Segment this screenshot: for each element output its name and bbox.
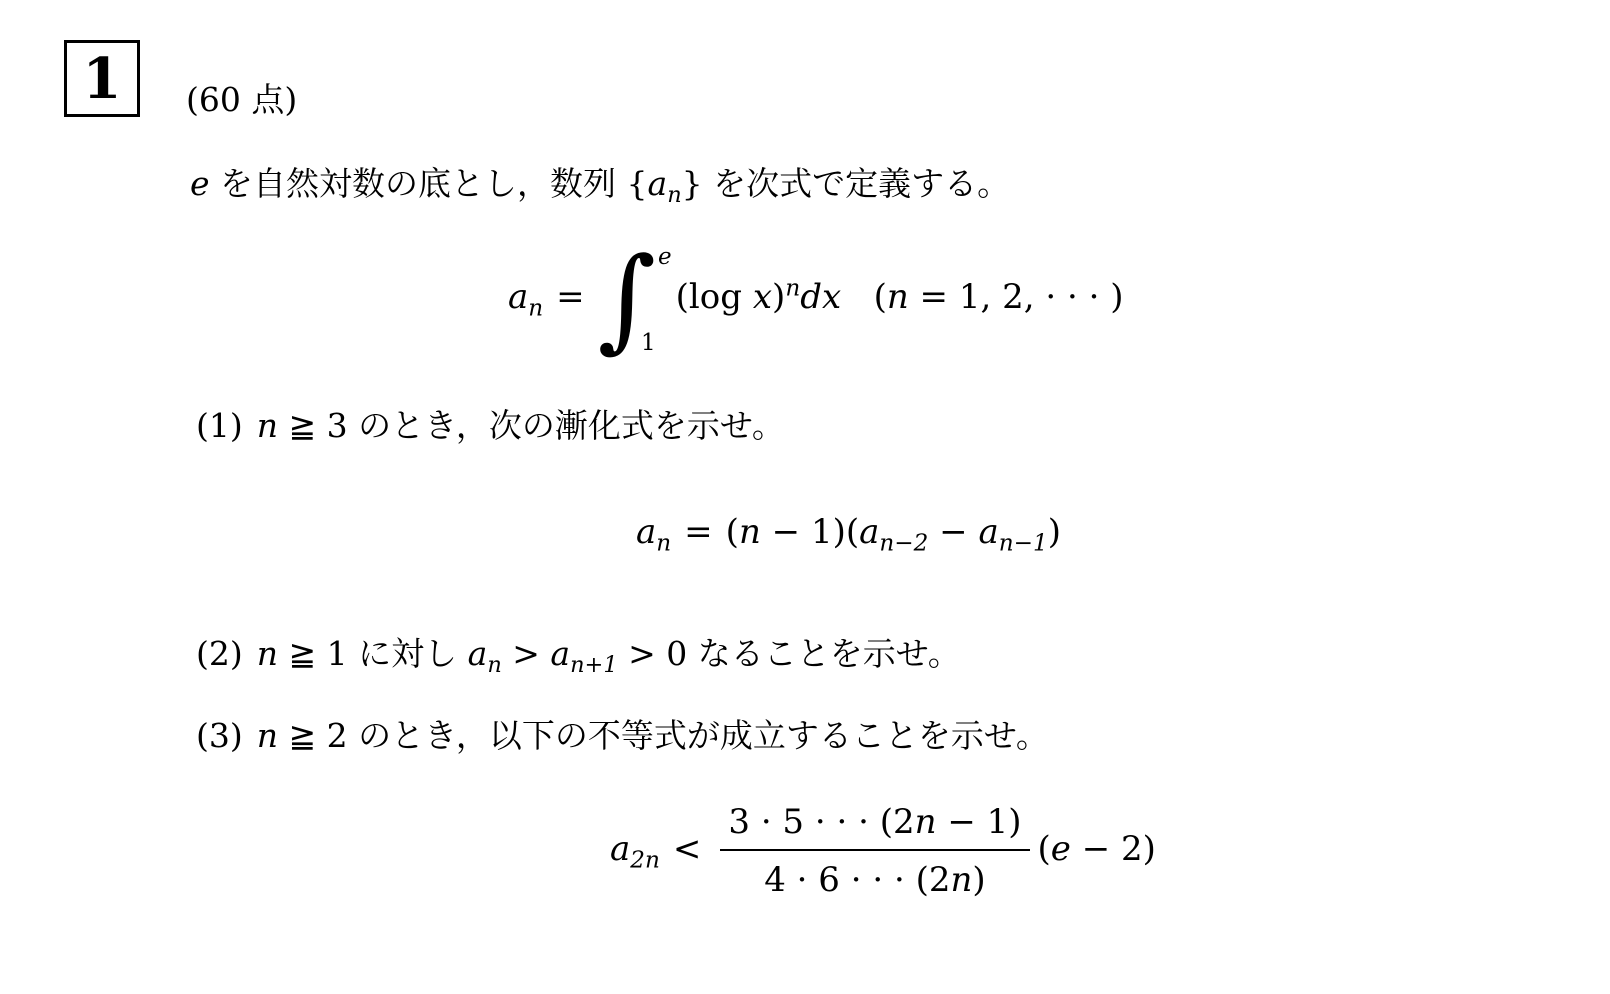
- rec-one-parens: 1)(: [811, 512, 859, 552]
- statement-text-mid: を自然対数の底とし，数列: [210, 164, 627, 203]
- integrand-var: x: [753, 277, 772, 317]
- inequality-formula: a2n<3 · 5 · · · (2n − 1)4 · 6 · · · (2n)…: [610, 802, 1156, 900]
- question-3-var: n: [257, 716, 278, 755]
- tail-open: (: [1038, 829, 1051, 869]
- question-1-text: のとき，次の漸化式を示せ。: [358, 406, 785, 445]
- ineq-lhs-var: a: [610, 829, 630, 869]
- ineq-lhs-subscript: 2n: [630, 847, 660, 873]
- rec-term2-subscript: n−1: [999, 530, 1048, 556]
- rec-lhs-var: a: [636, 512, 656, 552]
- rec-minus-1: −: [761, 512, 811, 552]
- numerator-head: 3 · 5 · · · (2: [728, 802, 914, 842]
- numerator-tail: − 1): [937, 802, 1022, 842]
- brace-open: {: [627, 164, 648, 203]
- question-2-gt2: > 0: [618, 634, 698, 673]
- question-2-gt1: >: [502, 634, 551, 673]
- question-2-label: (2): [196, 634, 243, 673]
- rec-minus-2: −: [928, 512, 978, 552]
- lhs-var: a: [508, 277, 528, 317]
- problem-number: 1: [83, 46, 122, 112]
- question-1-relation: ≧ 3: [278, 406, 358, 445]
- points-label: (60 点): [186, 74, 297, 121]
- question-2-relation: ≧ 1: [278, 634, 358, 673]
- question-3-text: のとき，以下の不等式が成立することを示せ。: [358, 716, 1049, 755]
- integral-lower-limit: 1: [641, 330, 656, 356]
- question-3: (3)n ≧ 2 のとき，以下の不等式が成立することを示せ。: [196, 710, 1049, 757]
- equals-sign: =: [556, 277, 585, 317]
- less-than-sign: <: [673, 829, 702, 869]
- rec-term1-var: a: [859, 512, 879, 552]
- range-rest: = 1, 2, · · · ): [909, 277, 1124, 317]
- recurrence-formula: an=(n − 1)(an−2 − an−1): [636, 512, 1061, 556]
- question-2: (2)n ≧ 1 に対し an > an+1 > 0 なることを示せ。: [196, 628, 961, 678]
- math-var-e: e: [190, 164, 210, 203]
- question-3-relation: ≧ 2: [278, 716, 358, 755]
- question-3-label: (3): [196, 716, 243, 755]
- rec-equals-sign: =: [684, 512, 713, 552]
- integrand-close: ): [772, 277, 785, 317]
- denominator-var: n: [950, 860, 972, 900]
- sequence-subscript: n: [667, 182, 681, 208]
- range-open: (: [841, 277, 887, 317]
- rec-term1-subscript: n−2: [879, 530, 928, 556]
- question-1-label: (1): [196, 406, 243, 445]
- rec-lhs-subscript: n: [656, 530, 671, 556]
- integral: ∫e1: [602, 248, 660, 350]
- sequence-var: a: [648, 164, 668, 203]
- tail-var-e: e: [1051, 829, 1071, 869]
- rec-paren-close: ): [1048, 512, 1061, 552]
- question-2-text-end: なることを示せ。: [698, 634, 961, 673]
- exam-page: 1 (60 点) e を自然対数の底とし，数列 {an} を次式で定義する。 a…: [0, 0, 1610, 994]
- exponent: n: [785, 275, 800, 301]
- integrand-open: (log: [676, 277, 753, 317]
- tail-rest: − 2): [1071, 829, 1156, 869]
- question-2-a2-sub: n+1: [570, 652, 618, 678]
- rec-term2-var: a: [978, 512, 998, 552]
- differential: dx: [800, 277, 841, 317]
- fraction-denominator: 4 · 6 · · · (2n): [756, 851, 993, 900]
- range-var: n: [887, 277, 909, 317]
- lhs-subscript: n: [528, 295, 543, 321]
- question-2-a2: a: [550, 634, 570, 673]
- problem-number-box: 1: [64, 40, 140, 117]
- brace-close: }: [682, 164, 703, 203]
- fraction: 3 · 5 · · · (2n − 1)4 · 6 · · · (2n): [720, 802, 1029, 900]
- integral-upper-limit: e: [658, 244, 672, 270]
- numerator-var: n: [915, 802, 937, 842]
- problem-statement: e を自然対数の底とし，数列 {an} を次式で定義する。: [190, 158, 1010, 208]
- question-1: (1)n ≧ 3 のとき，次の漸化式を示せ。: [196, 400, 785, 447]
- statement-text-end: を次式で定義する。: [703, 164, 1011, 203]
- question-2-a1-sub: n: [487, 652, 501, 678]
- denominator-head: 4 · 6 · · · (2: [764, 860, 950, 900]
- question-2-text-mid: に対し: [358, 634, 468, 673]
- question-1-var: n: [257, 406, 278, 445]
- denominator-tail: ): [972, 860, 985, 900]
- definition-formula: an=∫e1(log x)ndx (n = 1, 2, · · · ): [508, 248, 1123, 350]
- rec-var-n: n: [739, 512, 761, 552]
- rec-paren-open: (: [726, 512, 739, 552]
- question-2-var: n: [257, 634, 278, 673]
- question-2-a1: a: [468, 634, 488, 673]
- fraction-numerator: 3 · 5 · · · (2n − 1): [720, 802, 1029, 851]
